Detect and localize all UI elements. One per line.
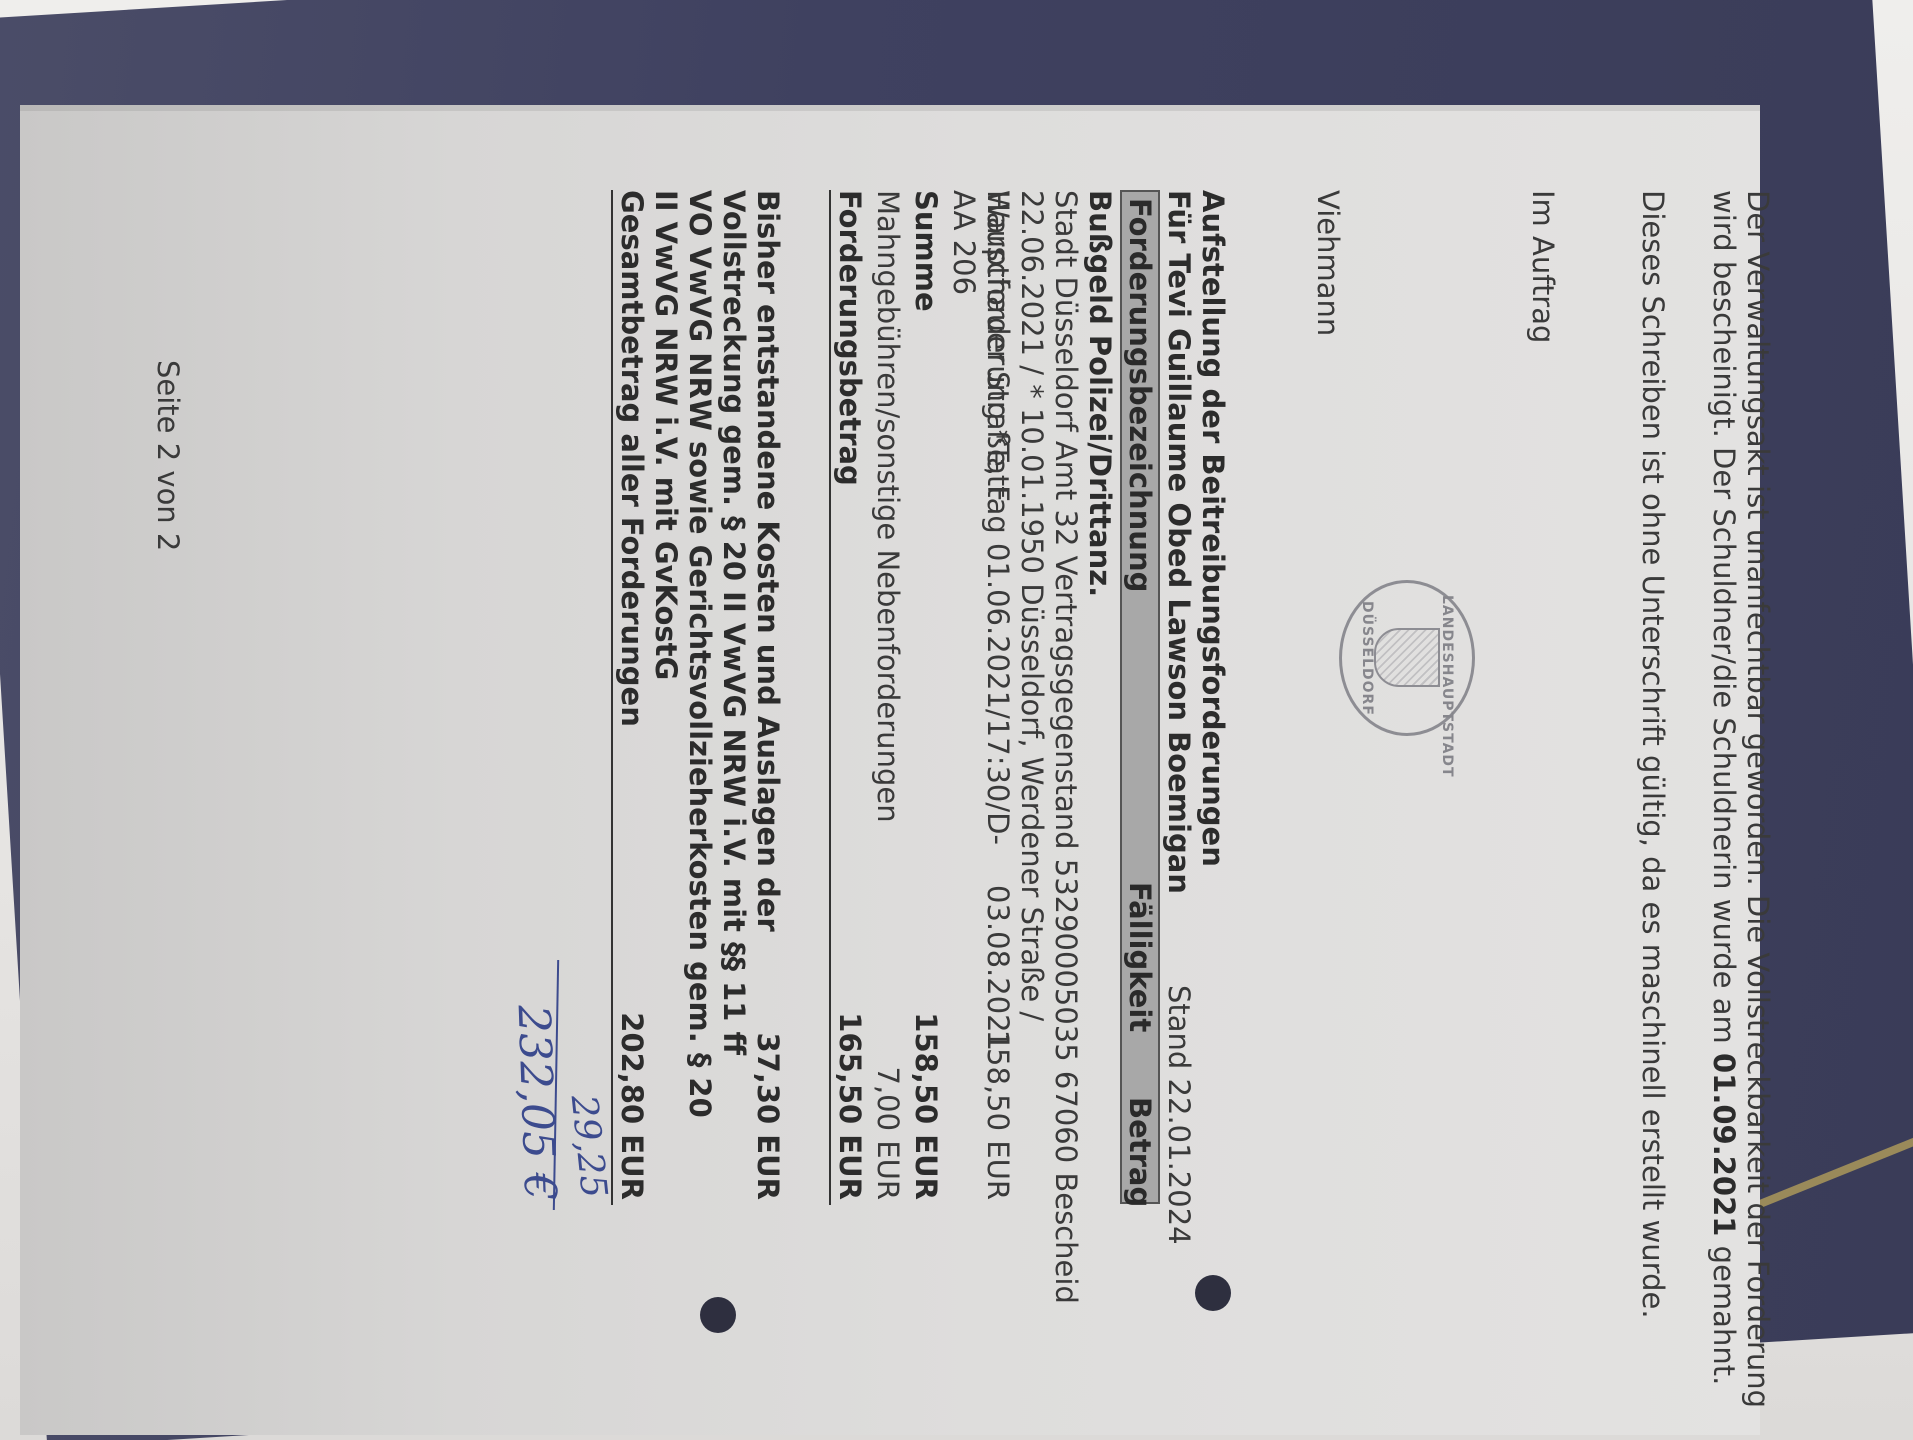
signer-name: Viehmann bbox=[1311, 190, 1345, 336]
intro-line-3: Dieses Schreiben ist ohne Unterschrift g… bbox=[1636, 190, 1670, 1319]
city-seal-stamp: LANDESHAUPTSTADT DÜSSELDORF bbox=[1339, 580, 1475, 736]
divider bbox=[611, 190, 613, 1205]
kosten-line: VO VwVG NRW sowie Gerichtsvollzieherkost… bbox=[683, 190, 717, 1118]
intro-line-2: wird bescheinigt. Der Schuldner/die Schu… bbox=[1707, 190, 1741, 1385]
debtor-line: Für Tevi Guillaume Obed Lawson Boemigan bbox=[1162, 190, 1196, 894]
item-line: Hauptforderung *Tattag 01.06.2021/17:30/… bbox=[981, 190, 1015, 1200]
item-line-text: Hauptforderung *Tattag 01.06.2021/17:30/… bbox=[981, 190, 1015, 845]
debtor-name: Für Tevi Guillaume Obed Lawson Boemigan bbox=[1162, 190, 1196, 894]
document-page: Der Verwaltungsakt ist unanfechtbar gewo… bbox=[75, 190, 1775, 1390]
kosten-amount: 37,30 EUR bbox=[751, 990, 785, 1200]
gesamt-amount: 202,80 EUR bbox=[615, 990, 649, 1200]
mahn-label: Mahngebühren/sonstige Nebenforderungen bbox=[871, 190, 905, 823]
intro-line-2-suffix: gemahnt. bbox=[1707, 1246, 1741, 1386]
forderung-row: Forderungsbetrag 165,50 EUR bbox=[833, 190, 867, 1200]
kosten-row: Bisher entstandene Kosten und Auslagen d… bbox=[751, 190, 785, 1200]
handwritten-addition: 29,25 bbox=[566, 1094, 611, 1200]
mahn-row: Mahngebühren/sonstige Nebenforderungen 7… bbox=[871, 190, 905, 1200]
summe-row: Summe 158,50 EUR bbox=[909, 190, 943, 1200]
kosten-line: Bisher entstandene Kosten und Auslagen d… bbox=[751, 190, 785, 932]
stamp-bottom-text: DÜSSELDORF bbox=[1350, 601, 1384, 716]
reminder-date: 01.09.2021 bbox=[1707, 1053, 1741, 1236]
forderung-label: Forderungsbetrag bbox=[833, 190, 867, 486]
item-line: Stadt Düsseldorf Amt 32 Vertragsgegensta… bbox=[1049, 190, 1083, 1304]
table-header: Forderungsbezeichnung Fälligkeit Betrag bbox=[1120, 190, 1160, 1204]
im-auftrag: Im Auftrag bbox=[1526, 190, 1560, 343]
item-amount: 158,50 EUR bbox=[981, 990, 1015, 1200]
stand-date: Stand 22.01.2024 bbox=[1162, 985, 1196, 1245]
forderung-amount: 165,50 EUR bbox=[833, 990, 867, 1200]
document-title: Aufstellung der Beitreibungsforderungen bbox=[1196, 190, 1230, 867]
header-due-date: Fälligkeit bbox=[1123, 882, 1157, 1032]
summe-amount: 158,50 EUR bbox=[909, 990, 943, 1200]
item-line: AA 206 bbox=[947, 190, 981, 295]
intro-line-1: Der Verwaltungsakt ist unanfechtbar gewo… bbox=[1741, 190, 1775, 1408]
handwritten-total: 232,05 € bbox=[516, 1004, 557, 1201]
header-description: Forderungsbezeichnung bbox=[1123, 198, 1157, 592]
gesamt-row: Gesamtbetrag aller Forderungen 202,80 EU… bbox=[615, 190, 649, 1200]
punch-hole bbox=[700, 1297, 736, 1333]
paper-shadow bbox=[20, 105, 1760, 111]
intro-line-2-text: wird bescheinigt. Der Schuldner/die Schu… bbox=[1707, 190, 1741, 1044]
mahn-amount: 7,00 EUR bbox=[871, 990, 905, 1200]
page-footer: Seite 2 von 2 bbox=[151, 360, 185, 551]
header-amount: Betrag bbox=[1123, 1097, 1157, 1207]
kosten-line: Vollstreckung gem. § 20 II VwVG NRW i.V.… bbox=[717, 190, 751, 1055]
gesamt-label: Gesamtbetrag aller Forderungen bbox=[615, 190, 649, 727]
punch-hole bbox=[1195, 1275, 1231, 1311]
summe-label: Summe bbox=[909, 190, 943, 312]
kosten-line: II VwVG NRW i.V. mit GvKostG bbox=[649, 190, 683, 680]
divider bbox=[829, 190, 831, 1205]
item-title: Bußgeld Polizei/Drittanz. bbox=[1083, 190, 1117, 597]
